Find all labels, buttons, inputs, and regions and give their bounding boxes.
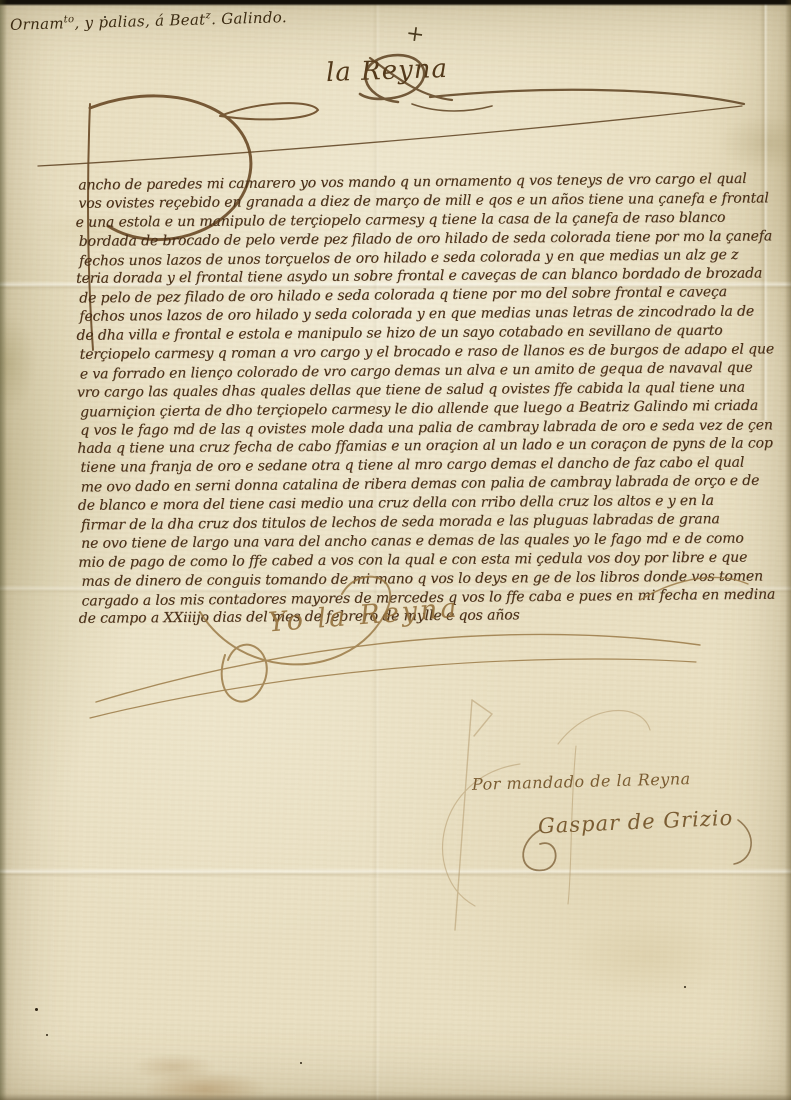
ink-speck [300,1062,302,1064]
ink-speck [35,1008,38,1011]
secretary-signature: Gaspar de Grizio [538,806,734,838]
fold-crease-lower [0,868,791,877]
heading-la-reyna: la Reyna [326,54,449,88]
right-edge-shadow [785,0,791,1100]
left-edge-shadow [0,0,7,1100]
docket-text: . Galindo. [211,8,287,28]
ink-speck [46,1034,48,1036]
invocation-cross: + [404,21,426,48]
countersign-formula: Por mandado de la Reyna [472,769,691,794]
docket-note: Ornamto, y palias, á Beatz. Galindo. [10,8,287,34]
docket-text: Ornam [10,14,64,33]
top-edge-shadow [0,0,791,6]
body-text: ancho de paredes mi camarero yo vos mand… [78,170,782,629]
ink-speck [684,986,686,988]
bottom-edge-shadow [0,1094,791,1100]
manuscript-page: Ornamto, y palias, á Beatz. Galindo. + l… [0,0,791,1100]
docket-text: , y palias, á Beat [74,10,206,32]
ink-speck [104,16,106,18]
